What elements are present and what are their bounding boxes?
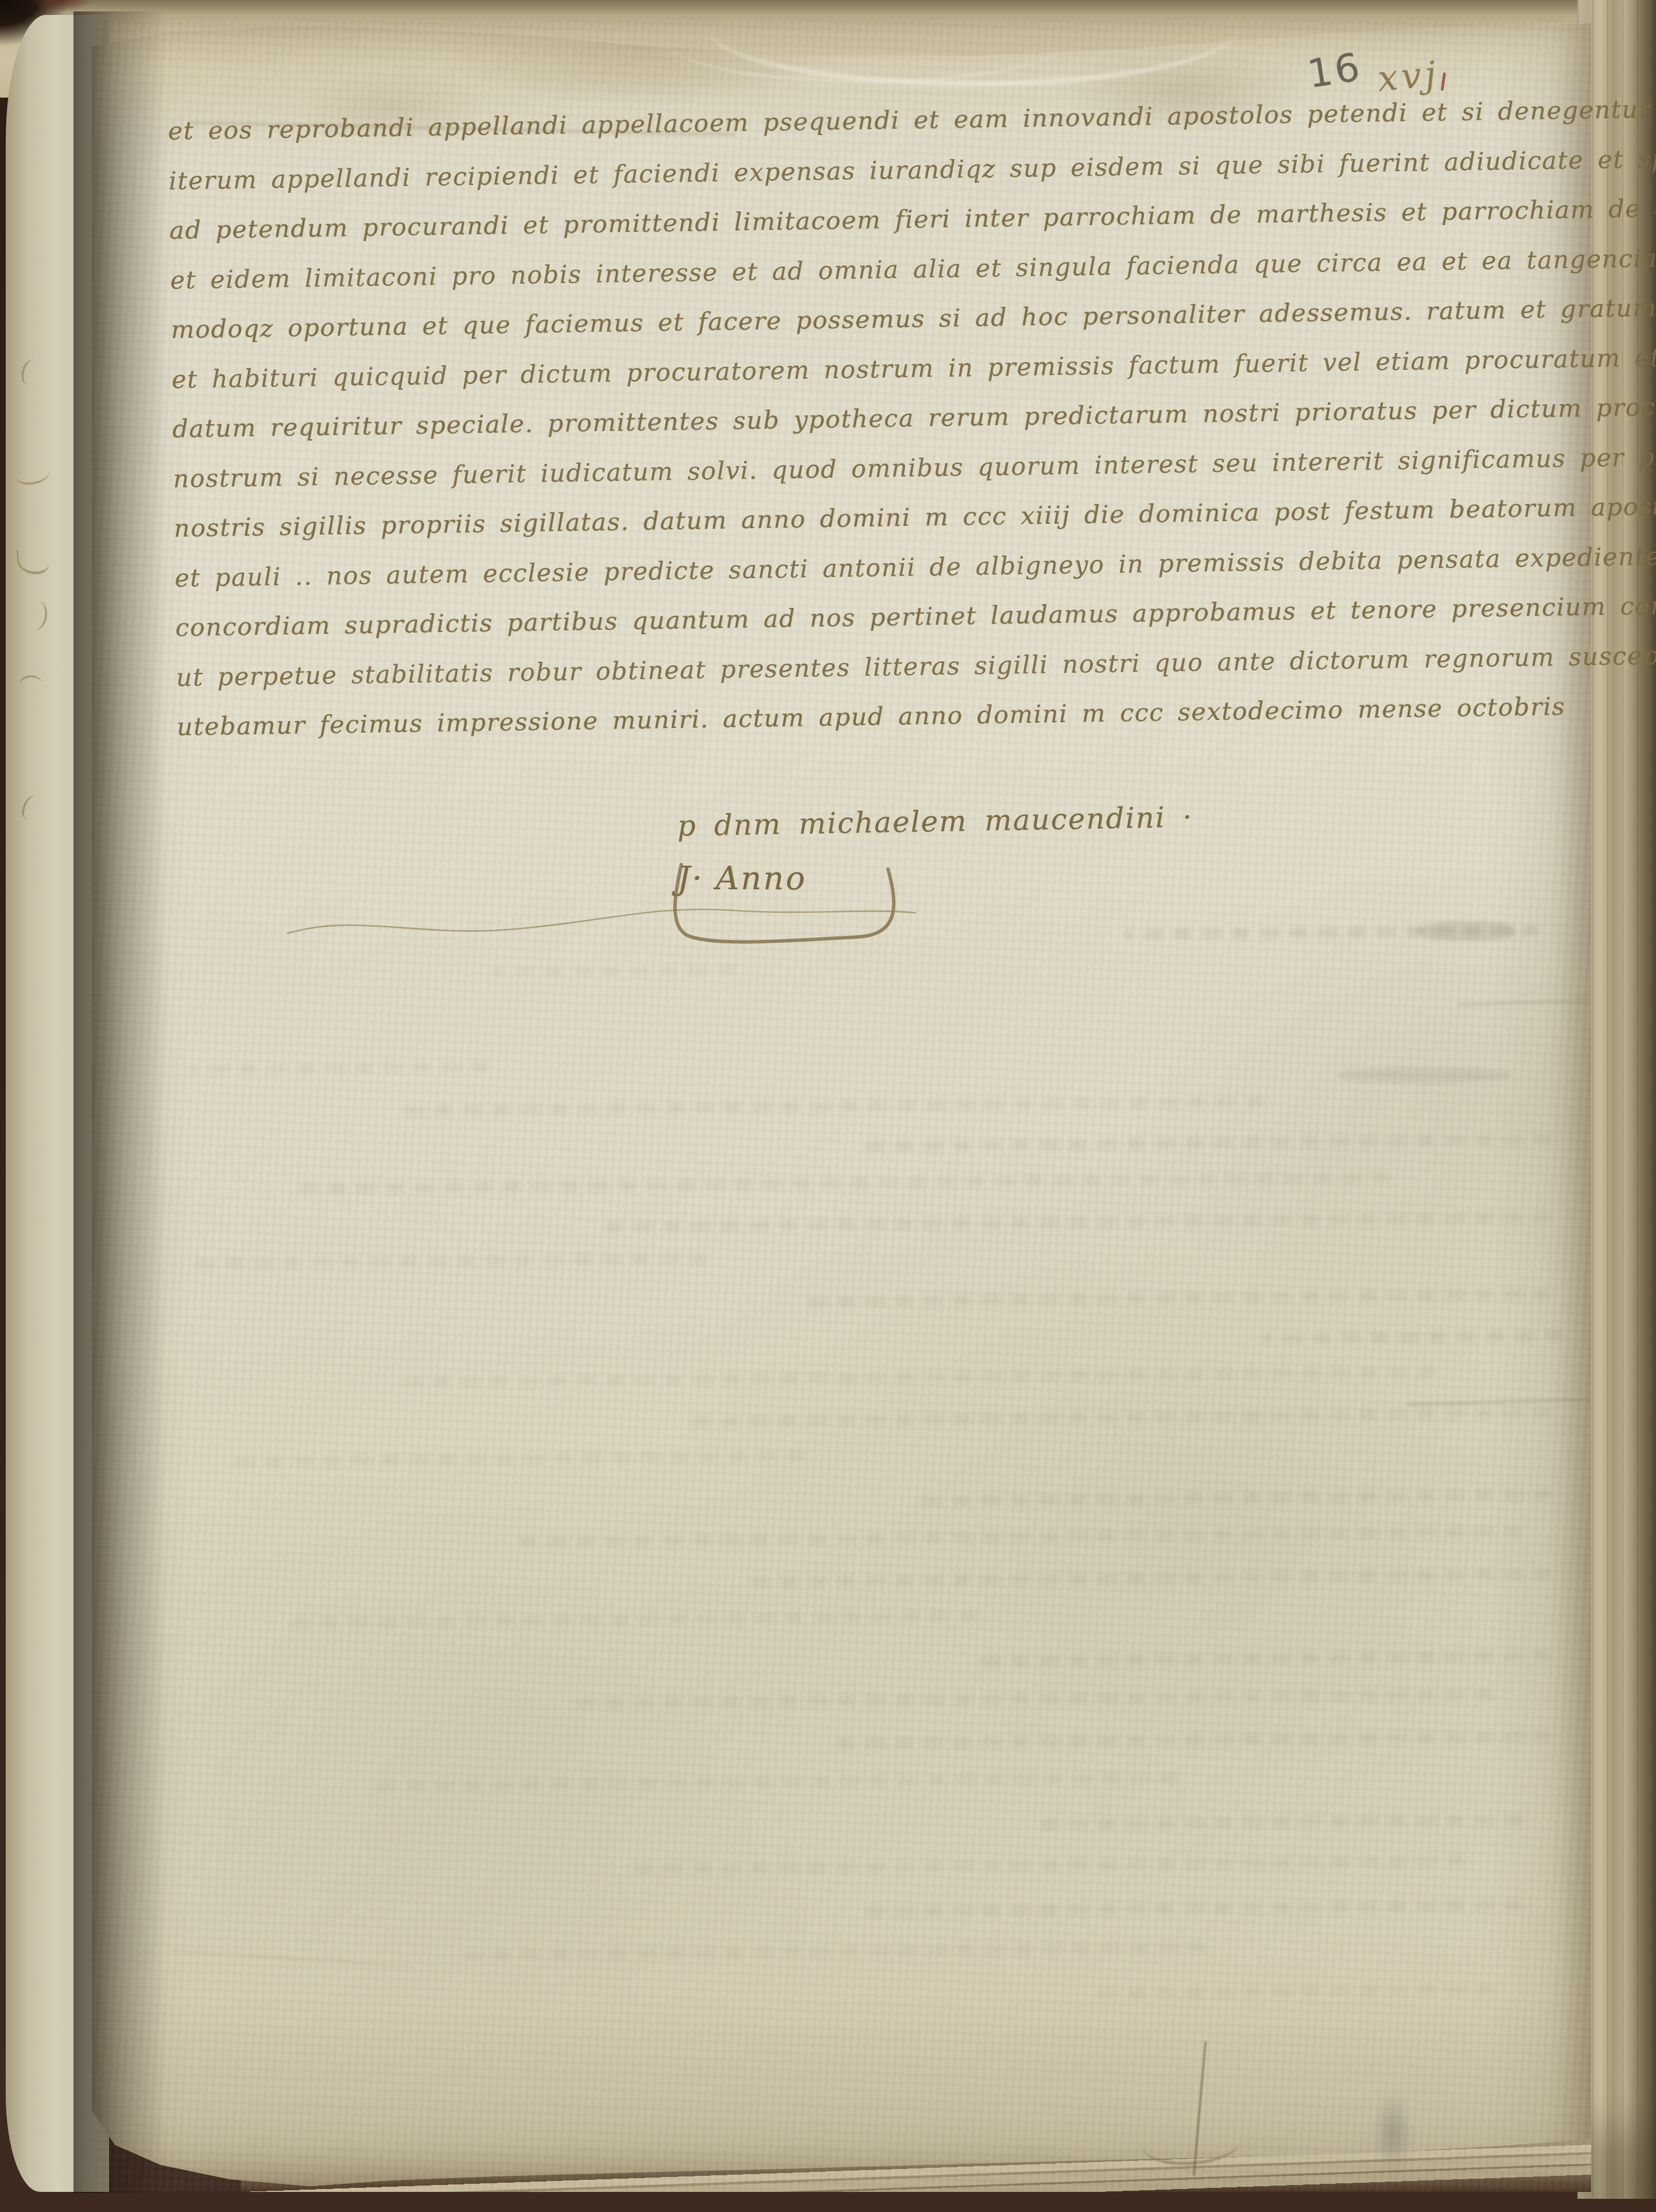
facing-page-ink-fragment	[20, 793, 46, 823]
facing-page-ink-fragment	[16, 548, 49, 576]
pen-flourish-line	[287, 896, 918, 947]
gutter-shadow	[73, 11, 183, 2193]
facing-page-ink-fragment	[14, 461, 51, 486]
facing-page-ink-fragment	[19, 358, 42, 388]
facing-page-ink-fragment	[18, 673, 44, 696]
smudge	[1373, 2090, 1413, 2176]
manuscript-text-block: et eos reprobandi appellandi appellacoem…	[168, 86, 1589, 784]
facing-page-ink-fragment	[23, 599, 49, 632]
manuscript-scan: { "foliation": { "pencil_number": "16", …	[0, 0, 1656, 2212]
